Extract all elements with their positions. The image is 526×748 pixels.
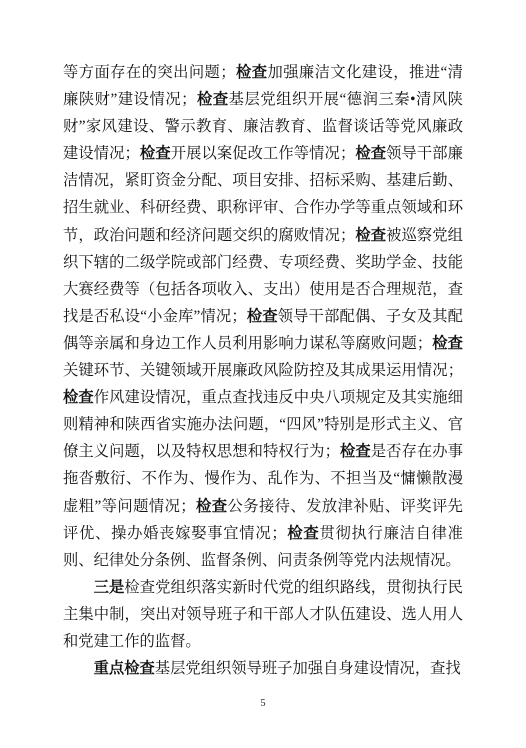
text-run: 开展以案促改工作等情况； <box>171 145 356 162</box>
bold-run: 检查 <box>236 64 268 81</box>
bold-run: 检查 <box>63 389 94 406</box>
bold-run: 检查 <box>432 335 463 352</box>
text-run: 关键环节、关键领域开展廉政风险防控及其成果运用情况； <box>63 362 463 379</box>
paragraph-inspection-items: 等方面存在的突出问题；检查加强廉洁文化建设，推进“清廉陕财”建设情况；检查基层党… <box>63 59 463 574</box>
bold-run: 检查 <box>247 308 278 325</box>
bold-run: 检查 <box>196 498 228 515</box>
paragraph-key-check: 重点检查基层党组织领导班子加强自身建设情况，查找 <box>63 655 463 682</box>
bold-run: 检查 <box>355 227 386 244</box>
bold-run: 三是 <box>94 579 125 596</box>
bold-run: 重点检查 <box>94 660 155 677</box>
paragraph-third-point: 三是检查党组织落实新时代党的组织路线，贯彻执行民主集中制，突出对领导班子和干部人… <box>63 574 463 655</box>
text-run: 等方面存在的突出问题； <box>63 64 236 81</box>
page-number: 5 <box>260 698 265 709</box>
bold-run: 检查 <box>355 145 386 162</box>
bold-run: 检查 <box>196 91 228 108</box>
document-body: 等方面存在的突出问题；检查加强廉洁文化建设，推进“清廉陕财”建设情况；检查基层党… <box>63 59 463 682</box>
bold-run: 检查 <box>140 145 171 162</box>
bold-run: 检查 <box>340 443 371 460</box>
document-page: 等方面存在的突出问题；检查加强廉洁文化建设，推进“清廉陕财”建设情况；检查基层党… <box>0 0 526 748</box>
page-footer: 5 <box>63 693 463 711</box>
bold-run: 检查 <box>287 525 320 542</box>
text-run: 基层党组织领导班子加强自身建设情况，查找 <box>155 660 461 677</box>
